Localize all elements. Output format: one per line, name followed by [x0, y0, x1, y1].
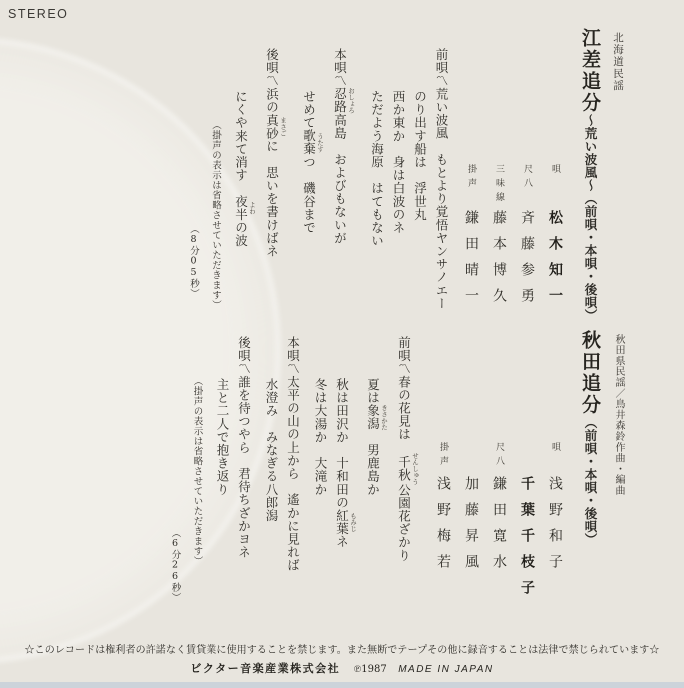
- song2-lyrics: 前唄〽春の花見は 千秋せんしゅう公園花ざかり夏は象潟きさかた 男鹿島か秋は田沢か…: [216, 330, 420, 636]
- song2-title: 秋田追分（前唄・本唄・後唄）: [577, 330, 604, 636]
- lyric-line: せめて歌棄うたすつ 磯谷まで: [302, 28, 324, 334]
- song2-credits: 唄浅野和子千葉千枝子尺八鎌田寛水加藤昇風掛声浅野梅若: [433, 330, 565, 636]
- company-line: ビクター音楽産業株式会社 ℗1987 MADE IN JAPAN: [0, 660, 684, 676]
- company-name: ビクター音楽産業株式会社: [190, 663, 340, 675]
- credit-role: 唄: [549, 164, 562, 210]
- credit-column: 尺八鎌田寛水: [489, 330, 509, 636]
- lyric-line: 前唄〽荒い波風 もとより覚悟ヤンサノエー: [435, 28, 448, 334]
- credit-role: 唄: [549, 442, 562, 476]
- phonogram-copyright: ℗1987: [354, 664, 387, 675]
- lyric-line: 西か東か 身は白波のネ: [392, 28, 405, 334]
- lyric-line: ただよう海原 はてもない: [370, 28, 383, 334]
- credit-column: 唄浅野和子: [545, 330, 565, 636]
- song1-title-main: 江差追分: [579, 28, 601, 114]
- lyric-line: 後唄〽誰を待つやら 君待ちざかヨネ: [237, 330, 250, 636]
- credit-role: 掛声: [465, 164, 478, 210]
- song2-genre: 秋田県民謡／鳥井森鈴作曲・編曲: [611, 330, 626, 636]
- credit-role: 三味線: [493, 164, 506, 210]
- credit-role: 掛声: [437, 442, 450, 476]
- song1-lyrics: 前唄〽荒い波風 もとより覚悟ヤンサノエーのり出す船は 浮世丸西か東か 身は白波の…: [234, 28, 447, 334]
- credit-name: 斉藤参勇: [519, 210, 535, 314]
- lyric-line: 夏は象潟きさかた 男鹿島か: [366, 330, 388, 636]
- credit-name: 鎌田寛水: [491, 476, 507, 580]
- credit-column: 加藤昇風: [461, 330, 481, 636]
- lyric-line: 水澄み みなぎる八郎潟: [265, 330, 278, 636]
- lyric-line: 本唄〽太平の山の上から 遙かに見れば: [286, 330, 299, 636]
- song1-title: 江差追分～荒い波風～（前唄・本唄・後唄）: [577, 28, 604, 334]
- footer: ☆このレコードは権利者の許諾なく賃貸業に使用することを禁じます。また無断でテープ…: [0, 641, 684, 676]
- credit-name: 鎌田晴一: [463, 210, 479, 314]
- lyric-line: 後唄〽浜の真砂まさごに 思いを書けばネ: [265, 28, 287, 334]
- credit-role: 尺八: [493, 442, 506, 476]
- credit-column: 掛声鎌田晴一: [461, 28, 481, 334]
- lyric-line: にくや来て消す 夜半よわの波: [234, 28, 256, 334]
- credit-name: 松木知一: [547, 210, 563, 314]
- credit-name: 浅野和子: [547, 476, 563, 580]
- credit-name: 浅野梅若: [435, 476, 451, 580]
- lyric-line: 主と二人で抱き返り: [216, 330, 229, 636]
- lyric-line: 前唄〽春の花見は 千秋せんしゅう公園花ざかり: [397, 330, 419, 636]
- lyric-line: 本唄〽忍路おしょろ高島 およびもないが: [333, 28, 355, 334]
- song2-title-main: 秋田追分: [579, 330, 601, 416]
- song2-note: （掛声の表示は省略させていただきます）: [190, 330, 204, 636]
- credit-name: 加藤昇風: [463, 476, 479, 580]
- lyric-line: のり出す船は 浮世丸: [413, 28, 426, 334]
- song1-credits: 唄松木知一尺八斉藤参勇三味線藤本博久掛声鎌田晴一: [461, 28, 565, 334]
- credit-column: 千葉千枝子: [517, 330, 537, 636]
- credit-name: 千葉千枝子: [519, 476, 535, 606]
- song1-duration: （8分05秒）: [186, 28, 200, 334]
- song1-section: 北海道民謡 江差追分～荒い波風～（前唄・本唄・後唄） 唄松木知一尺八斉藤参勇三味…: [181, 28, 626, 334]
- credit-role: 尺八: [521, 164, 534, 210]
- scan-bottom-edge: [0, 682, 684, 688]
- song1-title-sub: ～荒い波風～（前唄・本唄・後唄）: [583, 114, 598, 322]
- song1-genre: 北海道民謡: [611, 28, 626, 334]
- credit-column: 尺八斉藤参勇: [517, 28, 537, 334]
- credit-column: 掛声浅野梅若: [433, 330, 453, 636]
- song2-section: 秋田県民謡／鳥井森鈴作曲・編曲 秋田追分（前唄・本唄・後唄） 唄浅野和子千葉千枝…: [163, 330, 627, 636]
- song1-note: （掛声の表示は省略させていただきます）: [208, 28, 222, 334]
- credit-name: 藤本博久: [491, 210, 507, 314]
- credit-column: 三味線藤本博久: [489, 28, 509, 334]
- lyric-line: 冬は大湯か 大滝か: [314, 330, 327, 636]
- song2-duration: （6分26秒）: [168, 330, 182, 636]
- song2-title-sub: （前唄・本唄・後唄）: [583, 416, 598, 546]
- made-in-label: MADE IN JAPAN: [398, 664, 493, 675]
- rental-notice: ☆このレコードは権利者の許諾なく賃貸業に使用することを禁じます。また無断でテープ…: [0, 641, 684, 656]
- lyric-line: 秋は田沢か 十和田の紅葉もみじネ: [335, 330, 357, 636]
- stereo-label: STEREO: [8, 7, 68, 21]
- credit-column: 唄松木知一: [545, 28, 565, 334]
